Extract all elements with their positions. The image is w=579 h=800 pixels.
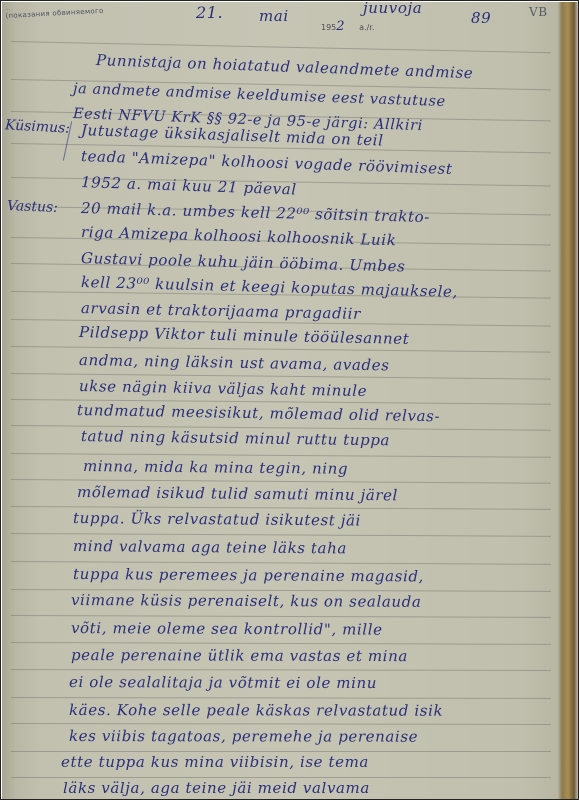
record-number: 89 [471, 9, 491, 27]
handwritten-line: ette tuppa kus mina viibisin, ise tema [61, 753, 369, 771]
handwritten-line: tuppa. Üks relvastatud isikutest jäi [73, 509, 361, 530]
date-year: 1952a./r. [321, 19, 374, 34]
handwritten-line: läks välja, aga teine jäi meid valvama [63, 779, 370, 797]
handwritten-line: minna, mida ka mina tegin, ning [83, 457, 348, 478]
handwritten-line: kes viibis tagatoas, peremehe ja perenai… [69, 727, 418, 746]
date-month: mai [259, 7, 289, 25]
handwritten-line: ei ole sealalitaja ja võtmit ei ole minu [69, 673, 377, 692]
handwritten-line: mõlemad isikud tulid samuti minu järel [77, 483, 398, 504]
margin-label-answer: Vastus: [7, 198, 58, 216]
document-photo: ... (показания обвиняемого 21. mai 1952a… [0, 0, 579, 800]
initials-mark: VB [529, 5, 548, 19]
date-day: 21. [196, 3, 223, 22]
date-place: juuvoja [363, 0, 422, 17]
handwritten-line: käes. Kohe selle peale käskas relvastatu… [69, 701, 443, 720]
handwritten-line: mind valvama aga teine läks taha [73, 537, 347, 557]
handwritten-line: võti, meie oleme sea kontrollid", mille [71, 619, 383, 639]
handwritten-line: tuppa kus peremees ja perenaine magasid, [73, 565, 424, 585]
year-suffix: a./r. [359, 23, 374, 32]
book-binding-edge [558, 2, 579, 799]
handwritten-line: peale perenaine ütlik ema vastas et mina [71, 646, 408, 665]
handwritten-line: viimane küsis perenaiselt, kus on sealau… [71, 591, 422, 611]
year-handwritten: 2 [336, 19, 345, 34]
year-printed: 195 [321, 23, 336, 32]
margin-label-question: Küsimus: [5, 117, 71, 136]
